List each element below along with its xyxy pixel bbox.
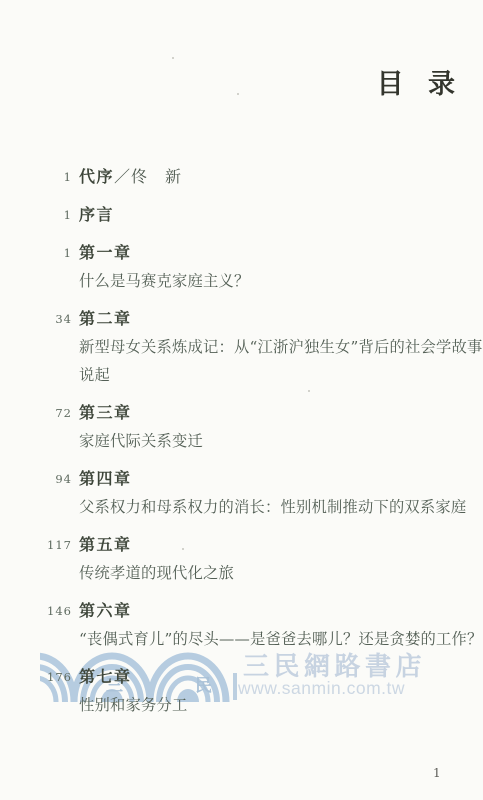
- toc-page-number: 176: [0, 663, 72, 719]
- toc-entry-chapter-2: 34 第二章 新型母女关系炼成记：从“江浙沪独生女”背后的社会学故事 说起: [0, 305, 483, 389]
- toc-entry-chapter-6: 146 第六章 “丧偶式育儿”的尽头——是爸爸去哪儿？还是贪婪的工作？: [0, 597, 483, 653]
- toc-entry-chapter-5: 117 第五章 传统孝道的现代化之旅: [0, 531, 483, 587]
- toc-list: 1 代序／佟 新 1 序言 1 第一章 什么是马赛克家庭主义？ 34 第二章 新…: [0, 163, 483, 729]
- toc-entry-title: 第二章: [79, 305, 482, 333]
- toc-entry-subtitle: 父系权力和母系权力的消长：性别机制推动下的双系家庭: [79, 493, 466, 521]
- toc-entry-subtitle: 传统孝道的现代化之旅: [79, 559, 455, 587]
- toc-entry-foreword: 1 序言: [0, 201, 483, 229]
- toc-page-number: 1: [0, 239, 72, 295]
- toc-entry-preface: 1 代序／佟 新: [0, 163, 483, 191]
- toc-entry-chapter-3: 72 第三章 家庭代际关系变迁: [0, 399, 483, 455]
- toc-entry-title: 第六章: [79, 597, 482, 625]
- toc-entry-subtitle: “丧偶式育儿”的尽头——是爸爸去哪儿？还是贪婪的工作？: [79, 625, 482, 653]
- toc-page-number: 1: [0, 163, 72, 191]
- toc-entry-subtitle: 什么是马赛克家庭主义？: [79, 267, 455, 295]
- toc-entry-author: ／佟 新: [114, 167, 182, 186]
- toc-page-number: 72: [0, 399, 72, 455]
- book-toc-page: 三 民 三民網路書店 www.sanmin.com.tw 目 录 1 代序／佟 …: [0, 0, 483, 800]
- toc-entry-title: 第三章: [79, 399, 455, 427]
- toc-page-number: 117: [0, 531, 72, 587]
- toc-entry-title: 代序: [79, 167, 114, 186]
- scan-speck: [237, 93, 239, 95]
- toc-entry-chapter-4: 94 第四章 父系权力和母系权力的消长：性别机制推动下的双系家庭: [0, 465, 483, 521]
- toc-entry-title: 第五章: [79, 531, 455, 559]
- page-title: 目 录: [377, 62, 457, 101]
- toc-entry-subtitle: 说起: [79, 361, 482, 389]
- toc-entry-subtitle: 新型母女关系炼成记：从“江浙沪独生女”背后的社会学故事: [79, 333, 482, 361]
- toc-page-number: 34: [0, 305, 72, 389]
- toc-page-number: 94: [0, 465, 72, 521]
- toc-entry-title: 第一章: [79, 239, 455, 267]
- toc-page-number: 146: [0, 597, 72, 653]
- folio-page-number: 1: [433, 766, 441, 780]
- toc-entry-chapter-1: 1 第一章 什么是马赛克家庭主义？: [0, 239, 483, 295]
- toc-entry-subtitle: 家庭代际关系变迁: [79, 427, 455, 455]
- toc-entry-chapter-7: 176 第七章 性别和家务分工: [0, 663, 483, 719]
- scan-speck: [172, 57, 174, 59]
- toc-entry-title: 第四章: [79, 465, 466, 493]
- toc-page-number: 1: [0, 201, 72, 229]
- toc-entry-title: 序言: [79, 201, 455, 229]
- toc-entry-title: 第七章: [79, 663, 455, 691]
- toc-entry-subtitle: 性别和家务分工: [79, 691, 455, 719]
